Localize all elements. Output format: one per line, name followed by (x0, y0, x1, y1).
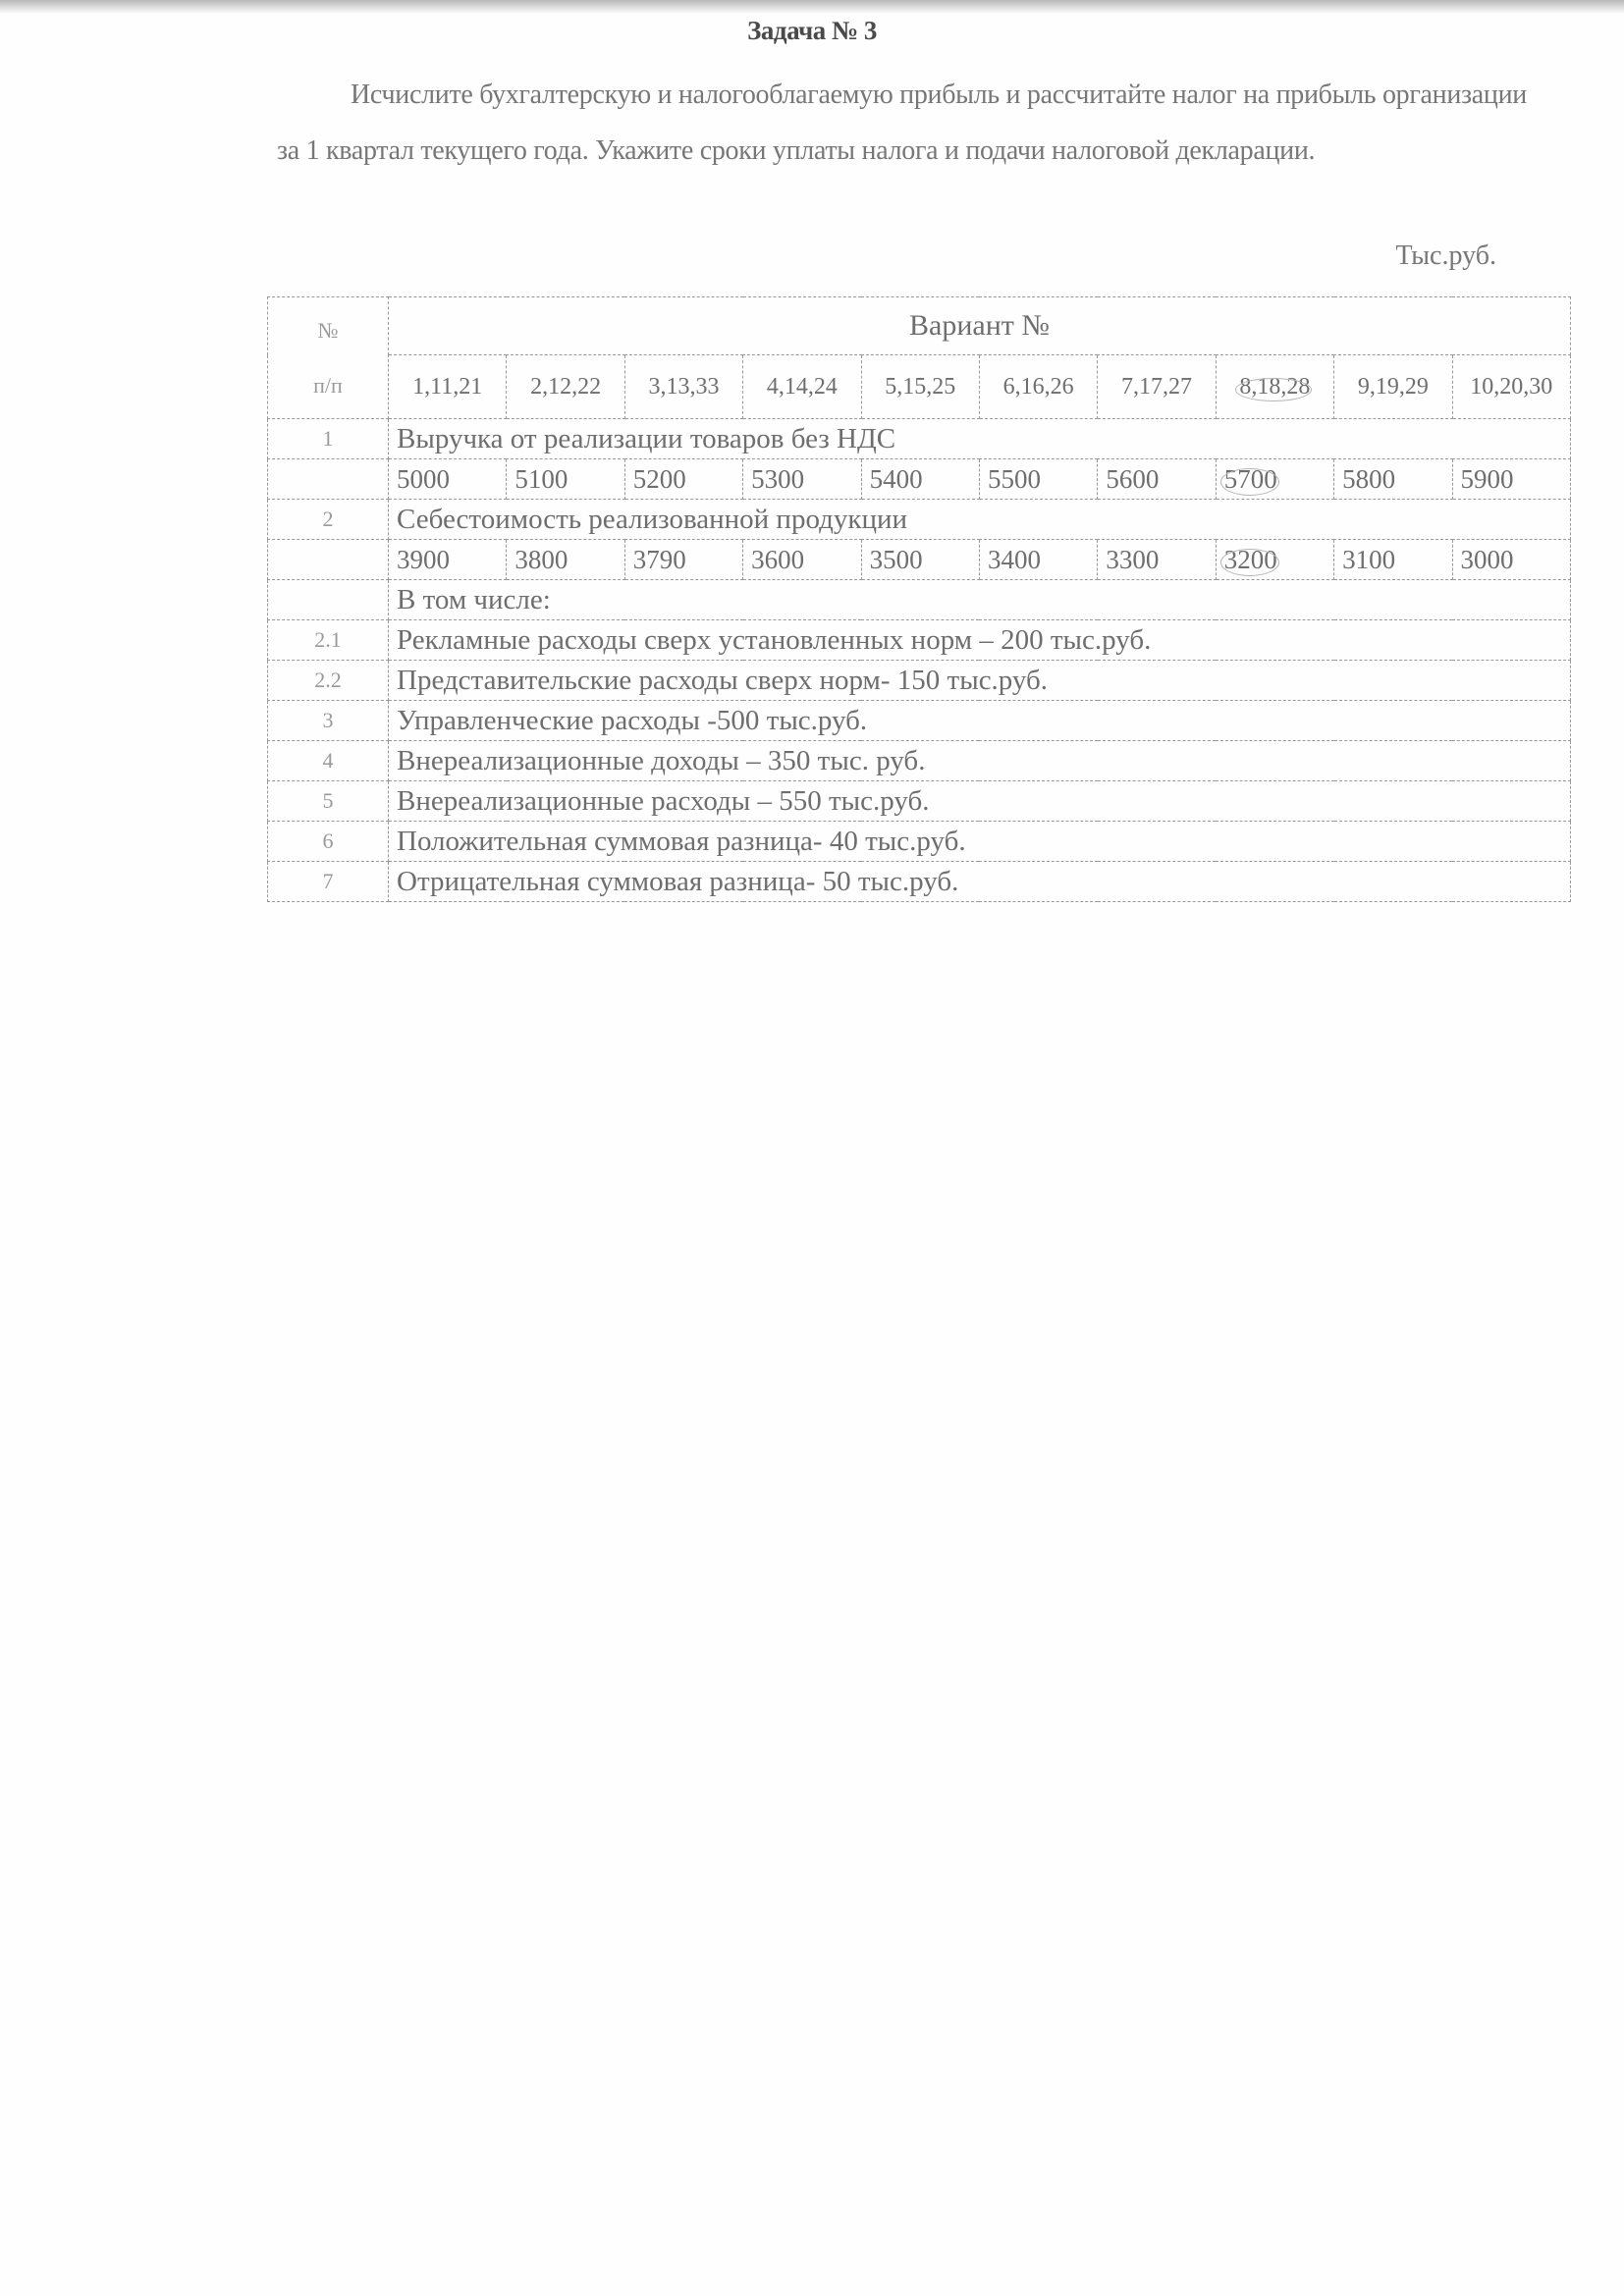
row-number-empty (268, 459, 389, 500)
cost-label: Себестоимость реализованной продукции (389, 500, 1571, 540)
variant-column-header: 7,17,27 (1098, 355, 1216, 419)
cost-value: 3600 (743, 540, 861, 580)
row-number (268, 580, 389, 620)
revenue-value: 5600 (1098, 459, 1216, 500)
row-number: 2.2 (268, 661, 389, 701)
cost-value: 3790 (624, 540, 742, 580)
scan-edge-shadow (0, 0, 1624, 14)
expense-item: Управленческие расходы -500 тыс.руб. (389, 701, 1571, 741)
variant-header: Вариант № (389, 297, 1571, 355)
cost-value: 3900 (389, 540, 507, 580)
row-number: 1 (268, 419, 389, 459)
cost-value: 3500 (861, 540, 979, 580)
revenue-value: 5100 (507, 459, 624, 500)
revenue-value: 5500 (979, 459, 1097, 500)
cost-value: 3400 (979, 540, 1097, 580)
expense-item: Внереализационные доходы – 350 тыс. руб. (389, 741, 1571, 781)
variant-column-header: 5,15,25 (861, 355, 979, 419)
revenue-value: 5800 (1334, 459, 1452, 500)
row-number: 4 (268, 741, 389, 781)
cost-value: 3000 (1452, 540, 1570, 580)
row-number: 6 (268, 822, 389, 862)
revenue-value: 5000 (389, 459, 507, 500)
unit-label: Тыс.руб. (1396, 240, 1496, 272)
variant-column-header: 9,19,29 (1334, 355, 1452, 419)
row-number: 3 (268, 701, 389, 741)
task-description: Исчислите бухгалтерскую и налогооблагаем… (277, 67, 1543, 179)
variant-column-header: 8,18,28 (1216, 355, 1333, 419)
cost-value: 3100 (1334, 540, 1452, 580)
revenue-value: 5700 (1216, 459, 1333, 500)
revenue-value: 5300 (743, 459, 861, 500)
expense-item: Рекламные расходы сверх установленных но… (389, 620, 1571, 661)
variant-column-header: 4,14,24 (743, 355, 861, 419)
row-number-header: №п/п (268, 297, 389, 419)
revenue-value: 5400 (861, 459, 979, 500)
circled-selection-mark: 3200 (1224, 545, 1277, 574)
variant-column-header: 6,16,26 (979, 355, 1097, 419)
task-text: Исчислите бухгалтерскую и налогооблагаем… (277, 80, 1527, 166)
revenue-value: 5200 (624, 459, 742, 500)
revenue-label: Выручка от реализации товаров без НДС (389, 419, 1571, 459)
task-data-table: №п/пВариант №1,11,212,12,223,13,334,14,2… (267, 296, 1571, 902)
revenue-value: 5900 (1452, 459, 1570, 500)
variant-column-header: 1,11,21 (389, 355, 507, 419)
page-title: Задача № 3 (0, 16, 1624, 46)
row-number: 7 (268, 862, 389, 902)
row-number: 2.1 (268, 620, 389, 661)
variant-column-header: 10,20,30 (1452, 355, 1570, 419)
variant-column-header: 3,13,33 (624, 355, 742, 419)
expense-item: Отрицательная суммовая разница- 50 тыс.р… (389, 862, 1571, 902)
expense-item: Положительная суммовая разница- 40 тыс.р… (389, 822, 1571, 862)
row-number: 2 (268, 500, 389, 540)
row-number: 5 (268, 781, 389, 822)
cost-value: 3800 (507, 540, 624, 580)
row-number-empty (268, 540, 389, 580)
circled-selection-mark: 5700 (1224, 464, 1277, 494)
expense-item: Представительские расходы сверх норм- 15… (389, 661, 1571, 701)
cost-value: 3300 (1098, 540, 1216, 580)
number-sign: № (276, 318, 380, 344)
expense-item: Внереализационные расходы – 550 тыс.руб. (389, 781, 1571, 822)
cost-value: 3200 (1216, 540, 1333, 580)
circled-selection-mark: 8,18,28 (1239, 374, 1310, 400)
ordinal-abbrev: п/п (276, 373, 380, 399)
variant-column-header: 2,12,22 (507, 355, 624, 419)
including-label: В том числе: (389, 580, 1571, 620)
